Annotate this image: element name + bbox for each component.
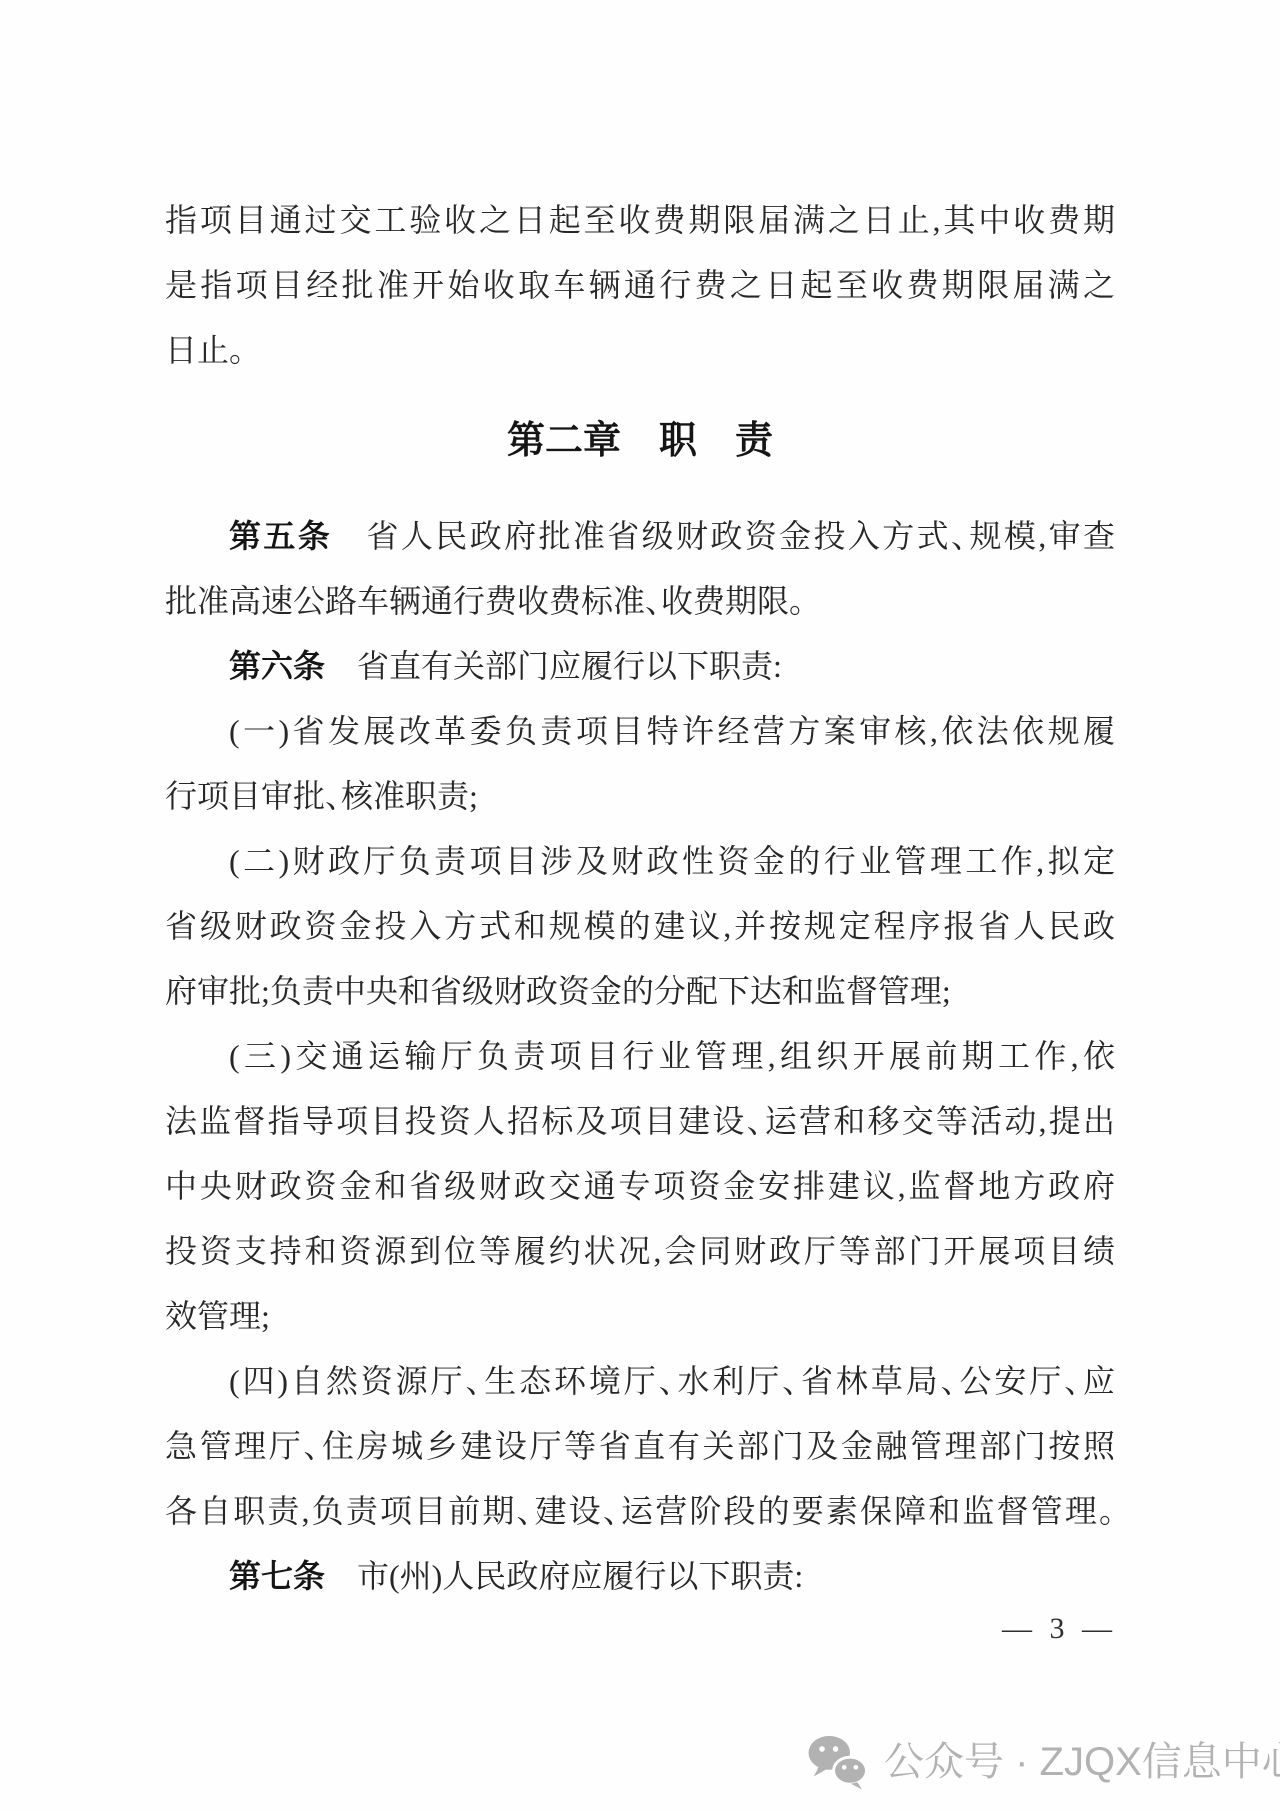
text-line: 法监督指导项目投资人招标及项目建设、运营和移交等活动,提出 (165, 1089, 1115, 1154)
text-line: 府审批;负责中央和省级财政资金的分配下达和监督管理; (165, 959, 1115, 1024)
text-line: 批准高速公路车辆通行费收费标准、收费期限。 (165, 569, 1115, 634)
text-line: 第七条 市(州)人民政府应履行以下职责: (165, 1544, 1115, 1609)
article-number: 第七条 (229, 1558, 325, 1594)
text-line: 第五条 省人民政府批准省级财政资金投入方式、规模,审查 (165, 504, 1115, 569)
text-line: 急管理厅、住房城乡建设厅等省直有关部门及金融管理部门按照 (165, 1414, 1115, 1479)
wechat-icon (806, 1734, 868, 1790)
text-line: (三)交通运输厅负责项目行业管理,组织开展前期工作,依 (165, 1024, 1115, 1089)
text-line: (四)自然资源厅、生态环境厅、水利厅、省林草局、公安厅、应 (165, 1349, 1115, 1414)
text-line: 中央财政资金和省级财政交通专项资金安排建议,监督地方政府 (165, 1154, 1115, 1219)
text-line: 日止。 (165, 318, 1115, 383)
document-page: 指项目通过交工验收之日起至收费期限届满之日止,其中收费期是指项目经批准开始收取车… (0, 0, 1280, 1810)
text-line: 效管理; (165, 1284, 1115, 1349)
text-line: 省级财政资金投入方式和规模的建议,并按规定程序报省人民政 (165, 894, 1115, 959)
article-number: 第六条 (229, 648, 325, 684)
text-line: 投资支持和资源到位等履约状况,会同财政厅等部门开展项目绩 (165, 1219, 1115, 1284)
text-line: (一)省发展改革委负责项目特许经营方案审核,依法依规履 (165, 699, 1115, 764)
text-line: 行项目审批、核准职责; (165, 764, 1115, 829)
text-line: 指项目通过交工验收之日起至收费期限届满之日止,其中收费期 (165, 188, 1115, 253)
wechat-watermark: 公众号 · ZJQX信息中心 (806, 1734, 1280, 1790)
text-line: (二)财政厅负责项目涉及财政性资金的行业管理工作,拟定 (165, 829, 1115, 894)
article-number: 第五条 (229, 518, 332, 554)
document-body: 指项目通过交工验收之日起至收费期限届满之日止,其中收费期是指项目经批准开始收取车… (165, 188, 1115, 1609)
text-line: 第六条 省直有关部门应履行以下职责: (165, 634, 1115, 699)
chapter-heading: 第二章 职 责 (165, 409, 1115, 474)
wechat-account-label: 公众号 · ZJQX信息中心 (884, 1734, 1280, 1790)
text-line: 各自职责,负责项目前期、建设、运营阶段的要素保障和监督管理。 (165, 1479, 1115, 1544)
page-number: — 3 — (1002, 1612, 1117, 1646)
text-line: 是指项目经批准开始收取车辆通行费之日起至收费期限届满之 (165, 253, 1115, 318)
